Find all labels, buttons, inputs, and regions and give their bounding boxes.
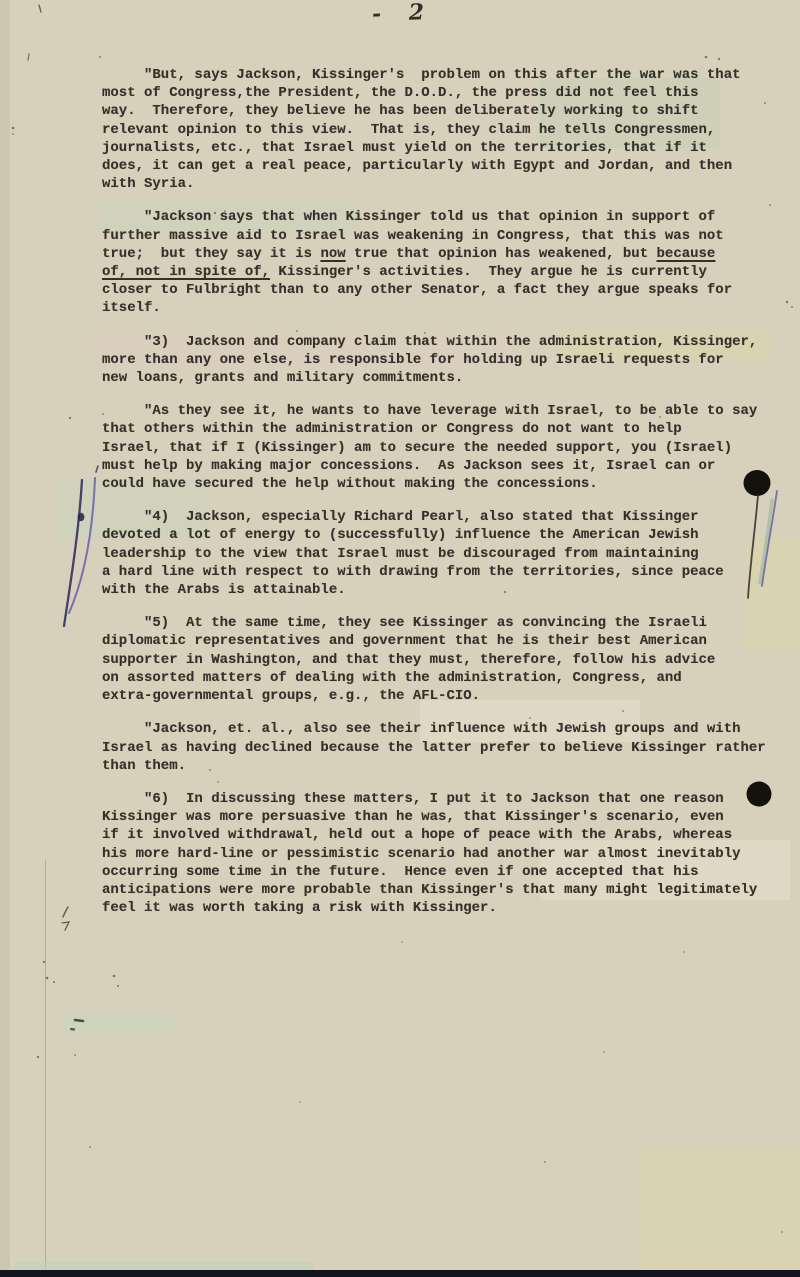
paper-crease [45,860,46,1277]
paragraph: "As they see it, he wants to have levera… [102,402,794,493]
text-run: "5) At the same time, they see Kissinger… [102,615,715,704]
paragraph: "But, says Jackson, Kissinger's problem … [102,66,794,193]
scan-tint-patch [640,1150,800,1270]
text-run: "Jackson, et. al., also see their influe… [102,721,766,773]
left-margin-pen-stroke [64,466,98,626]
scan-bottom-bar [0,1270,800,1277]
paragraph: "6) In discussing these matters, I put i… [102,790,794,917]
text-run: "4) Jackson, especially Richard Pearl, a… [102,509,724,598]
page-number: - 2 [372,0,435,27]
scan-bottom-band [14,1262,314,1270]
scan-tint-patch [63,1012,178,1034]
scan-edge-shadow [0,0,10,1277]
paragraph: "5) At the same time, they see Kissinger… [102,614,794,705]
paragraph: "4) Jackson, especially Richard Pearl, a… [102,508,794,599]
small-pen-marks [28,5,83,1030]
paragraph: "Jackson says that when Kissinger told u… [102,208,794,317]
underlined-text: now [320,246,345,262]
text-run: "3) Jackson and company claim that withi… [102,334,757,386]
text-run: "As they see it, he wants to have levera… [102,403,757,492]
paragraph: "Jackson, et. al., also see their influe… [102,720,794,775]
text-run: "6) In discussing these matters, I put i… [102,791,757,916]
text-run: "But, says Jackson, Kissinger's problem … [102,67,741,192]
document-text: "But, says Jackson, Kissinger's problem … [102,66,794,917]
scanned-document-page: - 2 "But, says Jackson, Kissinger's prob… [0,0,800,1277]
paragraph: "3) Jackson and company claim that withi… [102,333,794,388]
text-run: true that opinion has weakened, but [346,246,657,262]
